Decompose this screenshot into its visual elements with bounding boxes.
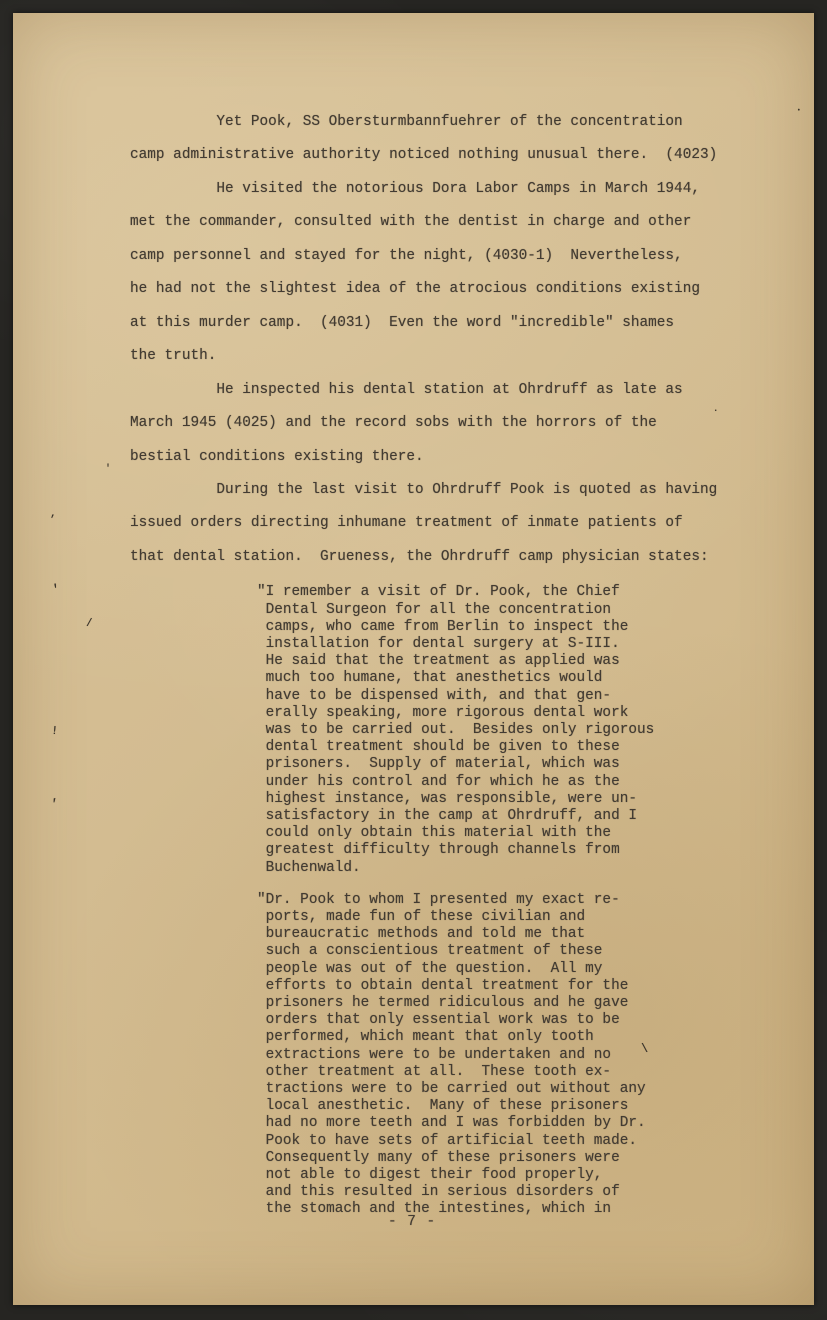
body-paragraphs: Yet Pook, SS Obersturmbannfuehrer of the… xyxy=(130,106,770,574)
text-line: Pook to have sets of artificial teeth ma… xyxy=(257,1133,770,1150)
text-line: could only obtain this material with the xyxy=(257,825,770,842)
text-line: people was out of the question. All my xyxy=(257,961,770,978)
text-line: camp personnel and stayed for the night,… xyxy=(130,240,770,273)
page-number: - 7 - xyxy=(388,1214,436,1230)
text-line: was to be carried out. Besides only rigo… xyxy=(257,722,770,739)
ink-speck: , xyxy=(50,790,60,803)
text-line: dental treatment should be given to thes… xyxy=(257,739,770,756)
text-line: He said that the treatment as applied wa… xyxy=(257,653,770,670)
text-line: bureaucratic methods and told me that xyxy=(257,926,770,943)
text-line: "Dr. Pook to whom I presented my exact r… xyxy=(257,892,770,909)
ink-speck: · xyxy=(713,407,718,416)
text-line: efforts to obtain dental treatment for t… xyxy=(257,978,770,995)
text-line: met the commander, consulted with the de… xyxy=(130,206,770,239)
text-line: and this resulted in serious disorders o… xyxy=(257,1184,770,1201)
text-line: under his control and for which he as th… xyxy=(257,774,770,791)
ink-speck: \ xyxy=(641,1043,648,1055)
ink-speck: ' xyxy=(51,583,61,597)
text-line: performed, which meant that only tooth xyxy=(257,1029,770,1046)
text-line: orders that only essential work was to b… xyxy=(257,1012,770,1029)
text-line: erally speaking, more rigorous dental wo… xyxy=(257,705,770,722)
text-line: the stomach and the intestines, which in xyxy=(257,1201,770,1218)
text-line: that dental station. Grueness, the Ohrdr… xyxy=(130,541,770,574)
text-line: at this murder camp. (4031) Even the wor… xyxy=(130,307,770,340)
text-line: prisoners. Supply of material, which was xyxy=(257,756,770,773)
text-line: other treatment at all. These tooth ex- xyxy=(257,1064,770,1081)
ink-speck: , xyxy=(50,509,57,520)
ink-speck: ! xyxy=(50,725,58,738)
text-line: highest instance, was responsible, were … xyxy=(257,791,770,808)
ink-speck: • xyxy=(797,108,801,114)
text-line: installation for dental surgery at S-III… xyxy=(257,636,770,653)
ink-speck: / xyxy=(86,619,93,630)
document-page: Yet Pook, SS Obersturmbannfuehrer of the… xyxy=(13,13,814,1305)
text-line: much too humane, that anesthetics would xyxy=(257,670,770,687)
ink-speck: ' xyxy=(105,465,111,475)
text-line: he had not the slightest idea of the atr… xyxy=(130,273,770,306)
text-line: extractions were to be undertaken and no xyxy=(257,1047,770,1064)
text-line: had no more teeth and I was forbidden by… xyxy=(257,1115,770,1132)
text-line: greatest difficulty through channels fro… xyxy=(257,842,770,859)
text-line: Consequently many of these prisoners wer… xyxy=(257,1150,770,1167)
text-line: Dental Surgeon for all the concentration xyxy=(257,602,770,619)
text-line: prisoners he termed ridiculous and he ga… xyxy=(257,995,770,1012)
text-line: satisfactory in the camp at Ohrdruff, an… xyxy=(257,808,770,825)
text-line: He visited the notorious Dora Labor Camp… xyxy=(130,173,770,206)
text-column: Yet Pook, SS Obersturmbannfuehrer of the… xyxy=(130,106,770,1219)
text-line: bestial conditions existing there. xyxy=(130,441,770,474)
text-line: not able to digest their food properly, xyxy=(257,1167,770,1184)
text-line: During the last visit to Ohrdruff Pook i… xyxy=(130,474,770,507)
text-line: such a conscientious treatment of these xyxy=(257,943,770,960)
text-line: ports, made fun of these civilian and xyxy=(257,909,770,926)
text-line: March 1945 (4025) and the record sobs wi… xyxy=(130,407,770,440)
text-line: He inspected his dental station at Ohrdr… xyxy=(130,374,770,407)
text-line: "I remember a visit of Dr. Pook, the Chi… xyxy=(257,584,770,601)
quote-block: "I remember a visit of Dr. Pook, the Chi… xyxy=(257,584,770,876)
text-line: tractions were to be carried out without… xyxy=(257,1081,770,1098)
text-line: Buchenwald. xyxy=(257,860,770,877)
text-line: local anesthetic. Many of these prisoner… xyxy=(257,1098,770,1115)
text-line: issued orders directing inhumane treatme… xyxy=(130,507,770,540)
text-line: the truth. xyxy=(130,340,770,373)
text-line: have to be dispensed with, and that gen- xyxy=(257,688,770,705)
quote-block: "Dr. Pook to whom I presented my exact r… xyxy=(257,892,770,1219)
text-line: camp administrative authority noticed no… xyxy=(130,139,770,172)
text-line: camps, who came from Berlin to inspect t… xyxy=(257,619,770,636)
text-line: Yet Pook, SS Obersturmbannfuehrer of the… xyxy=(130,106,770,139)
